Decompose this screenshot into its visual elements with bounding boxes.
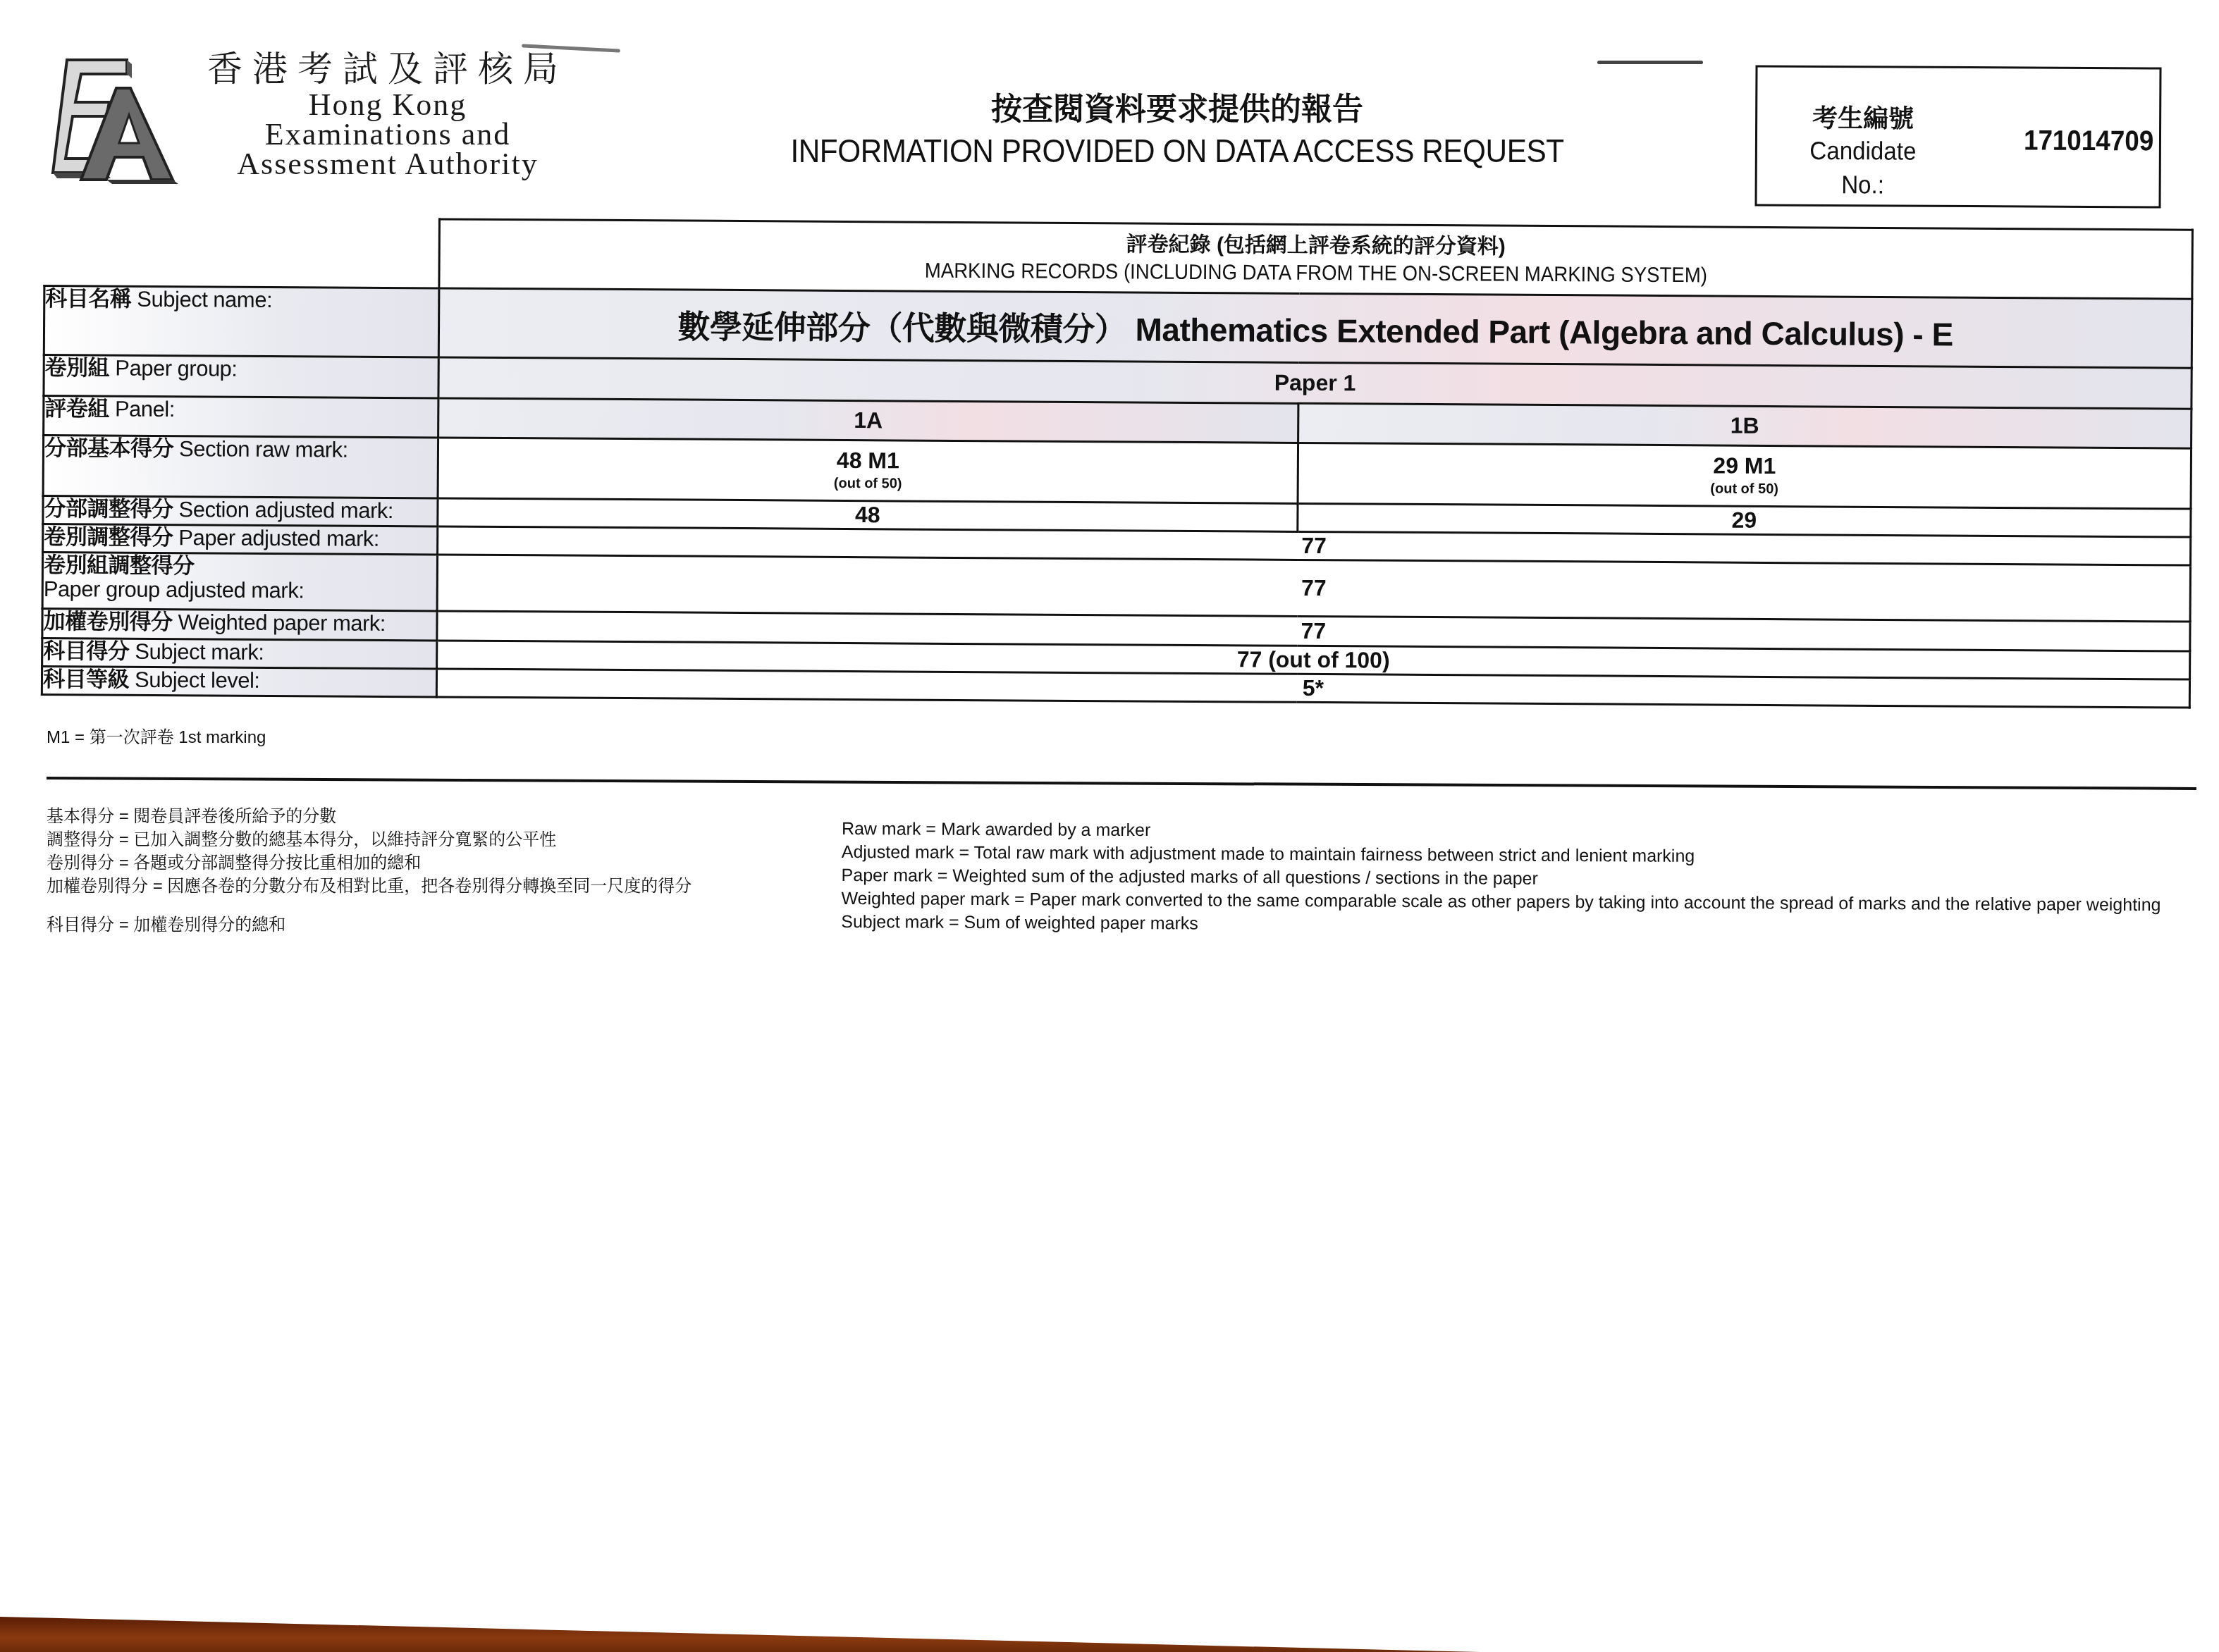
glossary-zh-item: 基本得分 = 閱卷員評卷後所給予的分數 — [47, 805, 691, 828]
records-heading: 評卷紀錄 (包括網上評卷系統的評分資料) MARKING RECORDS (IN… — [439, 219, 2193, 299]
glossary-zh-item: 科目得分 = 加權卷別得分的總和 — [47, 913, 691, 937]
pen-mark — [1597, 61, 1703, 64]
candidate-label-en: Candidate No.: — [1785, 134, 1941, 202]
value-section-raw-1b: 29 M1 (out of 50) — [1298, 443, 2192, 509]
label-paper-group: 卷別組 Paper group: — [44, 355, 438, 398]
glossary-zh-item: 調整得分 = 已加入調整分數的總基本得分，以維持評分寬緊的公平性 — [47, 828, 691, 851]
organization-name: 香港考試及評核局 Hong Kong Examinations and Asse… — [204, 48, 571, 179]
org-name-en-line-1: Hong Kong — [204, 90, 571, 120]
candidate-label-zh: 考生編號 — [1778, 103, 1948, 135]
row-subject-name: 科目名稱 Subject name: 數學延伸部分（代數與微積分） Mathem… — [44, 286, 2192, 369]
blank-cell — [44, 217, 440, 288]
value-panel-1b: 1B — [1298, 403, 2192, 448]
title-zh: 按查閱資料要求提供的報告 — [747, 90, 1607, 130]
org-name-en-line-3: Assessment Authority — [204, 149, 571, 179]
title-en: INFORMATION PROVIDED ON DATA ACCESS REQU… — [782, 130, 1573, 172]
glossary-en: Raw mark = Mark awarded by a marker Adju… — [841, 818, 2181, 940]
value-panel-1a: 1A — [438, 398, 1298, 443]
org-name-en-line-2: Examinations and — [204, 120, 571, 149]
label-section-adjusted-mark: 分部調整得分 Section adjusted mark: — [43, 496, 438, 526]
label-section-raw-mark: 分部基本得分 Section raw mark: — [43, 436, 438, 498]
label-weighted-paper-mark: 加權卷別得分 Weighted paper mark: — [42, 608, 437, 640]
divider — [47, 777, 2196, 790]
value-paper-group-adjusted: 77 — [437, 555, 2190, 622]
label-subject-mark: 科目得分 Subject mark: — [42, 638, 437, 668]
hkeaa-logo-icon — [39, 53, 194, 187]
label-subject-level: 科目等級 Subject level: — [42, 666, 436, 696]
glossary-zh-item: 加權卷別得分 = 因應各卷的分數分布及相對比重，把各卷別得分轉換至同一尺度的得分 — [47, 875, 691, 898]
document-title: 按查閱資料要求提供的報告 INFORMATION PROVIDED ON DAT… — [747, 90, 1607, 172]
label-subject-name: 科目名稱 Subject name: — [44, 286, 439, 357]
records-heading-en: MARKING RECORDS (INCLUDING DATA FROM THE… — [924, 257, 1707, 289]
m1-footnote: M1 = 第一次評卷 1st marking — [47, 723, 266, 748]
value-section-raw-1a: 48 M1 (out of 50) — [438, 438, 1298, 503]
value-subject-name: 數學延伸部分（代數與微積分） Mathematics Extended Part… — [438, 288, 2192, 368]
desk-surface — [0, 1617, 1480, 1652]
candidate-number: 171014709 — [2024, 125, 2153, 157]
candidate-number-box: 考生編號 Candidate No.: 171014709 — [1754, 65, 2161, 208]
marking-records-table: 評卷紀錄 (包括網上評卷系統的評分資料) MARKING RECORDS (IN… — [41, 216, 2194, 709]
label-paper-group-adjusted-mark: 卷別組調整得分Paper group adjusted mark: — [42, 553, 437, 611]
org-name-zh: 香港考試及評核局 — [204, 48, 571, 90]
label-panel: 評卷組 Panel: — [44, 396, 438, 438]
glossary-zh-item: 卷別得分 = 各題或分部調整得分按比重相加的總和 — [47, 851, 691, 875]
glossary-zh: 基本得分 = 閱卷員評卷後所給予的分數 調整得分 = 已加入調整分數的總基本得分… — [47, 805, 691, 937]
label-paper-adjusted-mark: 卷別調整得分 Paper adjusted mark: — [43, 524, 438, 555]
candidate-label: 考生編號 Candidate No.: — [1778, 103, 1948, 202]
